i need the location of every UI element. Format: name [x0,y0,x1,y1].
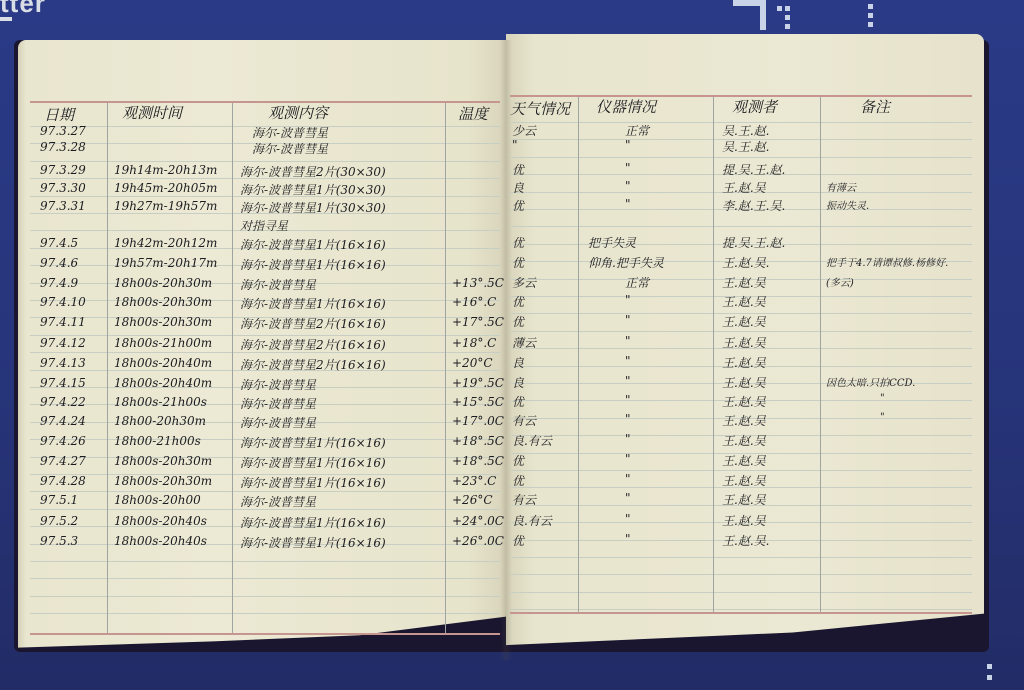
row-instrument: 正常 [625,274,649,291]
row-observers: 王.赵.吴 [722,334,766,351]
row-date: 97.3.31 [40,199,86,213]
row-observers: 李.赵.王.吴. [722,197,785,214]
row-instrument: " [625,491,631,505]
row-instrument: 仰角.把手失灵 [588,254,664,271]
ruled-line [510,574,972,575]
row-content: 海尔-波普彗星1片(16×16) [240,434,386,451]
row-content: 海尔-波普彗星1片(30×30) [240,181,386,198]
row-weather: 良 [512,374,524,391]
row-observers: 提.吴.王.赵. [722,161,785,178]
row-instrument: " [625,432,631,446]
column-divider [107,103,108,633]
background-decoration [868,4,873,9]
row-observers: 王.赵.吴. [722,254,769,271]
row-observers: 王.赵.吴 [722,412,766,429]
row-content: 海尔-波普彗星1片(16×16) [240,454,386,471]
row-instrument: " [625,512,631,526]
column-header-date: 日期 [44,104,74,125]
row-temperature: +18°.5C [452,434,504,448]
row-content: 对指寻星 [240,217,288,234]
row-temperature: +17°.0C [452,414,504,428]
row-observers: 提.吴.王.赵. [722,234,785,251]
row-observers: 王.赵.吴 [722,393,766,410]
row-time: 18h00s-20h40s [114,514,207,528]
ruled-line [510,226,972,227]
row-temperature: +18°.5C [452,454,504,468]
row-weather: 优 [512,472,524,489]
row-time: 18h00-20h30m [114,414,206,428]
ruled-line [510,331,972,332]
row-weather: 薄云 [512,334,536,351]
row-instrument: " [625,452,631,466]
row-content: 海尔-波普彗星2片(30×30) [240,163,386,180]
row-content: 海尔-波普彗星1片(30×30) [240,199,386,216]
row-date: 97.3.30 [40,181,86,195]
column-header-observers: 观测者 [732,96,777,117]
row-date: 97.3.29 [40,163,86,177]
row-content: 海尔-波普彗星 [240,376,316,393]
row-weather: 良 [512,179,524,196]
row-weather: 良.有云 [512,432,552,449]
row-content: 海尔-波普彗星2片(16×16) [240,356,386,373]
row-instrument: " [625,472,631,486]
background-decoration [785,24,790,29]
row-observers: 王.赵.吴 [722,313,766,330]
row-instrument: " [625,393,631,407]
column-divider [578,97,579,612]
row-time: 18h00s-20h30m [114,454,212,468]
row-content: 海尔-波普彗星 [252,124,328,141]
row-content: 海尔-波普彗星 [240,276,316,293]
row-weather: 优 [512,293,524,310]
row-content: 海尔-波普彗星1片(16×16) [240,236,386,253]
row-date: 97.5.3 [40,534,78,548]
row-temperature: +24°.0C [452,514,504,528]
ruled-line [510,470,972,471]
row-content: 海尔-波普彗星2片(16×16) [240,336,386,353]
column-divider [445,103,446,633]
row-observers: 王.赵.吴. [722,532,769,549]
row-time: 18h00s-20h30m [114,474,212,488]
column-header-content: 观测内容 [268,102,328,123]
background-decoration [777,6,782,11]
row-weather: 优 [512,161,524,178]
row-instrument: " [625,138,631,152]
background-decoration [785,15,790,20]
row-instrument: " [625,161,631,175]
column-divider [820,97,821,612]
row-weather: 多云 [512,274,536,291]
row-instrument: 把手失灵 [588,234,636,251]
row-temperature: +20°C [452,356,493,370]
row-instrument: " [625,197,631,211]
row-time: 18h00s-21h00s [114,395,207,409]
background-dash [0,17,12,21]
row-time: 19h45m-20h05m [114,181,217,195]
row-date: 97.4.15 [40,376,86,390]
row-date: 97.4.9 [40,276,78,290]
row-remarks: (多云) [826,274,854,289]
row-instrument: " [625,374,631,388]
row-weather: 优 [512,313,524,330]
row-observers: 王.赵.吴 [722,452,766,469]
column-header-temperature: 温度 [458,103,488,124]
row-observers: 王.赵.吴 [722,179,766,196]
row-instrument: " [625,354,631,368]
background-decoration [760,0,766,30]
row-weather: 优 [512,254,524,271]
row-weather: 优 [512,393,524,410]
row-remarks: 因色太暗.只拍CCD. [826,374,915,389]
row-time: 18h00s-20h30m [114,276,212,290]
row-instrument: " [625,412,631,426]
row-date: 97.4.12 [40,336,86,350]
row-observers: 王.赵.吴 [722,293,766,310]
row-date: 97.3.27 [40,124,86,138]
row-instrument: " [625,334,631,348]
row-weather: 有云 [512,491,536,508]
header-red-rule [30,101,500,103]
row-observers: 王.赵.吴 [722,472,766,489]
row-date: 97.4.28 [40,474,86,488]
row-remarks: 把手于4.7请谭叔修.杨修好. [826,254,948,269]
row-temperature: +16°.C [452,295,496,309]
row-observers: 王.赵.吴 [722,491,766,508]
row-temperature: +15°.5C [452,395,504,409]
row-remarks: " [880,412,885,423]
row-time: 19h42m-20h12m [114,236,217,250]
row-temperature: +26°C [452,493,493,507]
ruled-line [30,613,500,614]
row-content: 海尔-波普彗星1片(16×16) [240,534,386,551]
row-time: 19h14m-20h13m [114,163,217,177]
row-remarks: " [880,393,885,404]
row-temperature: +23°.C [452,474,496,488]
background-decoration [868,13,873,18]
row-instrument: " [625,532,631,546]
row-weather: 有云 [512,412,536,429]
ruled-line [510,157,972,158]
row-weather: 优 [512,452,524,469]
row-date: 97.4.22 [40,395,86,409]
row-time: 19h57m-20h17m [114,256,217,270]
row-time: 18h00-21h00s [114,434,201,448]
row-content: 海尔-波普彗星 [240,414,316,431]
row-time: 18h00s-20h30m [114,295,212,309]
column-header-weather: 天气情况 [510,98,570,119]
row-content: 海尔-波普彗星1片(16×16) [240,295,386,312]
row-weather: 优 [512,197,524,214]
background-decoration [733,0,763,6]
row-instrument: " [625,293,631,307]
row-observers: 吴.王.赵. [722,122,769,139]
row-remarks: 振动失灵. [826,197,869,212]
row-date: 97.4.13 [40,356,86,370]
row-content: 海尔-波普彗星1片(16×16) [240,514,386,531]
row-date: 97.3.28 [40,140,86,154]
row-weather: " [512,138,518,152]
ruled-line [30,161,500,162]
column-header-remarks: 备注 [860,96,890,117]
row-time: 18h00s-20h00 [114,493,201,507]
ruled-line [510,592,972,593]
row-time: 18h00s-21h00m [114,336,212,350]
row-time: 18h00s-20h40s [114,534,207,548]
row-weather: 优 [512,234,524,251]
row-weather: 良 [512,354,524,371]
row-observers: 王.赵.吴 [722,354,766,371]
row-temperature: +17°.5C [452,315,504,329]
row-instrument: " [625,313,631,327]
background-decoration [868,22,873,27]
background-decoration [987,664,992,669]
notebook-gutter [500,40,512,660]
background-decoration [785,6,790,11]
row-content: 海尔-波普彗星 [240,395,316,412]
row-date: 97.4.27 [40,454,86,468]
row-instrument: 正常 [625,122,649,139]
row-date: 97.4.10 [40,295,86,309]
row-weather: 良.有云 [512,512,552,529]
row-weather: 少云 [512,122,536,139]
row-weather: 优 [512,532,524,549]
ruled-line [30,596,500,597]
bottom-red-rule [510,612,972,614]
row-observers: 吴.王.赵. [722,138,769,155]
row-time: 18h00s-20h40m [114,356,212,370]
row-content: 海尔-波普彗星 [240,493,316,510]
row-temperature: +26°.0C [452,534,504,548]
row-time: 18h00s-20h30m [114,315,212,329]
ruled-line [510,609,972,610]
row-time: 19h27m-19h57m [114,199,217,213]
row-time: 18h00s-20h40m [114,376,212,390]
row-date: 97.5.2 [40,514,78,528]
row-content: 海尔-波普彗星1片(16×16) [240,256,386,273]
ruled-line [510,557,972,558]
row-date: 97.5.1 [40,493,78,507]
row-content: 海尔-波普彗星2片(16×16) [240,315,386,332]
row-date: 97.4.11 [40,315,86,329]
row-temperature: +13°.5C [452,276,504,290]
row-observers: 王.赵.吴 [722,274,766,291]
bottom-red-rule [30,633,500,635]
row-date: 97.4.5 [40,236,78,250]
row-observers: 王.赵.吴 [722,374,766,391]
column-divider [713,97,714,612]
background-decoration [987,675,992,680]
row-date: 97.4.26 [40,434,86,448]
row-content: 海尔-波普彗星 [252,140,328,157]
row-date: 97.4.24 [40,414,86,428]
column-divider [232,103,233,633]
row-observers: 王.赵.吴 [722,432,766,449]
ruled-line [30,578,500,579]
row-temperature: +18°.C [452,336,496,350]
column-header-instrument: 仪器情况 [596,96,656,117]
row-date: 97.4.6 [40,256,78,270]
row-observers: 王.赵.吴 [722,512,766,529]
row-instrument: " [625,179,631,193]
row-temperature: +19°.5C [452,376,504,390]
row-remarks: 有薄云 [826,179,856,194]
ruled-line [30,561,500,562]
row-content: 海尔-波普彗星1片(16×16) [240,474,386,491]
column-header-time: 观测时间 [122,102,182,123]
